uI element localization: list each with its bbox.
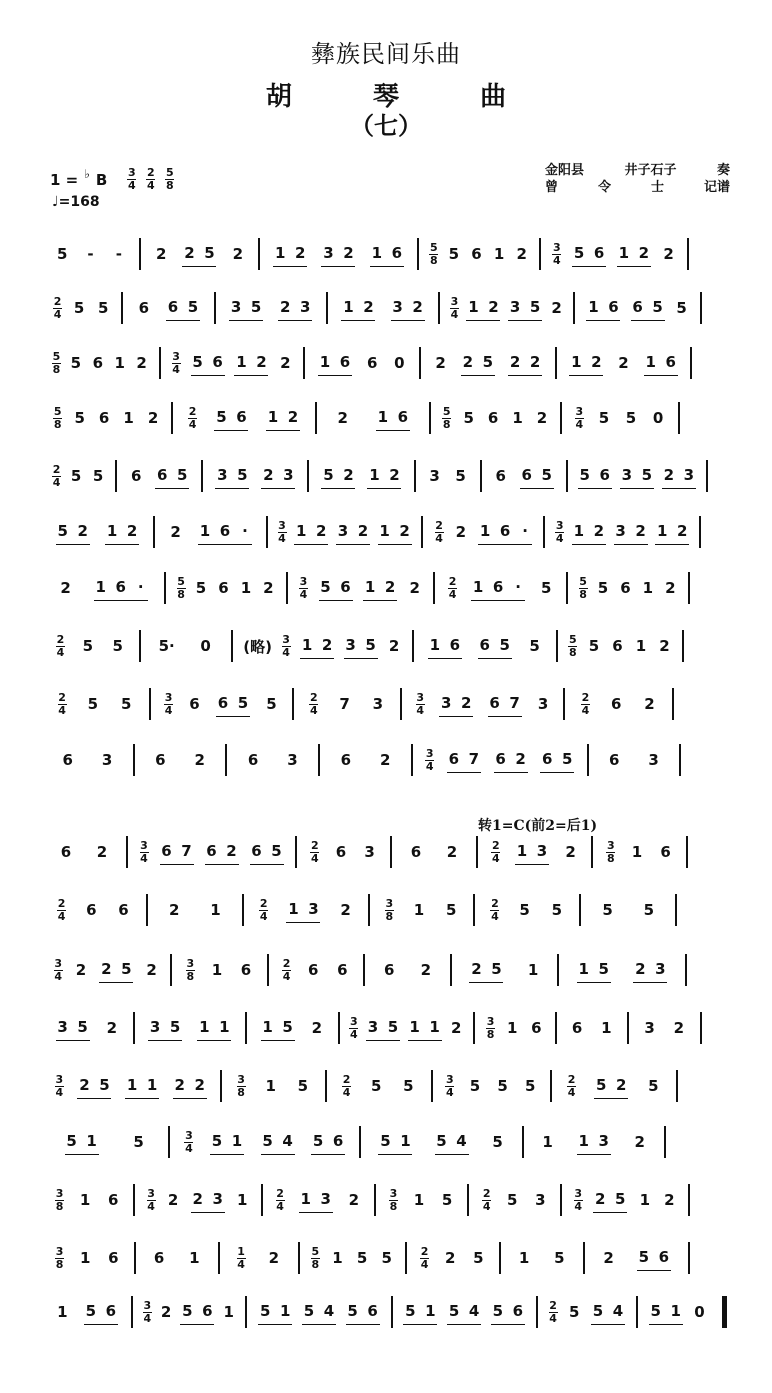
measure: 216· [48,572,158,605]
barline [133,1012,135,1044]
barline [556,630,558,662]
note: 2 [159,1297,173,1327]
measure: 3523 [222,292,320,325]
note: 5 [528,292,542,322]
measure: 61 [142,1243,213,1273]
note: 6 [607,745,621,775]
barline [583,1242,585,1274]
time-signature: 24 [146,168,155,191]
barline [566,460,568,492]
note: 2 [99,954,113,984]
note: 1 [408,1012,422,1042]
measure: 3412352 [446,292,567,325]
note: 3 [285,745,299,775]
eighth-note-group: 56 [191,347,225,380]
eighth-note-group: 62 [205,836,239,869]
note: 5· [159,631,175,661]
note: 5 [97,1070,111,1100]
note: 4 [322,1296,336,1326]
eighth-note-group: 65 [520,460,554,493]
note: 0 [199,631,213,661]
note: 6 [246,745,260,775]
measure: 3435112 [346,1012,468,1045]
eighth-note-group: 23 [278,292,312,325]
barline [218,1242,220,1274]
eighth-note-group: 56 [578,460,612,493]
barline [414,460,416,492]
measure: 2416·5 [441,572,560,605]
barline [159,347,161,379]
note: 5 [560,744,574,774]
barline [295,836,297,868]
note: 1 [330,1243,344,1273]
eighth-note-group: 25 [593,1184,627,1217]
note: 6 [166,292,180,322]
note: 5 [649,1296,663,1326]
measure: 585612 [48,403,165,433]
eighth-note-group: 13 [515,836,549,869]
time-signature: 58 [568,635,577,658]
note: 1 [669,1296,683,1326]
barline [563,688,565,720]
note: 3 [536,689,550,719]
measure: 152 [253,1012,332,1045]
note: 6 [188,689,202,719]
eighth-note-group: 16· [478,516,532,549]
score-line: 24555·0(略)341235216655585612 [48,626,738,666]
measure: 3432673 [408,688,557,721]
note: 2 [602,1243,616,1273]
note: 2 [105,1013,119,1043]
note: 5 [386,1012,400,1042]
note: 3 [148,1012,162,1042]
note: 2 [146,403,160,433]
note: 1 [577,954,591,984]
note: 2 [408,573,422,603]
note: 5 [591,1296,605,1326]
note: 1 [378,516,392,546]
barline [688,1242,690,1274]
note: 6 [396,402,410,432]
measure: 510 [644,1296,738,1329]
measure: (略)3412352 [239,630,406,663]
eighth-note-group: 25 [461,347,495,380]
barline [499,1242,501,1274]
eighth-note-group: 32 [336,516,370,549]
barline [214,292,216,324]
barline [699,516,701,548]
note: 6 [498,516,512,546]
note: 1 [264,1071,278,1101]
note: 5 [72,293,86,323]
time-signature: 24 [310,841,319,864]
note: 2 [341,460,355,490]
note: 5 [56,516,70,546]
note: 5 [84,1296,98,1326]
measure: 32 [635,1013,694,1043]
note: 5 [550,895,564,925]
barline [390,836,392,868]
eighth-note-group: 12 [572,516,606,549]
note: 2 [267,1243,281,1273]
note: 1 [398,1126,412,1156]
measure: 2473 [300,689,395,719]
note: 6 [339,745,353,775]
barline [220,1070,222,1102]
barline [134,1242,136,1274]
note: 5 [468,1071,482,1101]
note: 0 [692,1297,706,1327]
barline [338,1012,340,1044]
measure: 62 [48,837,120,867]
score-line: 3523511152343511238166132 [48,1008,738,1048]
score-line: 24556653523521235665563523 [48,456,738,496]
eighth-note-group: 54 [591,1296,625,1329]
note: 2 [166,1185,180,1215]
barline [706,460,708,492]
measure: 34123212 [274,516,416,549]
barline [480,460,482,492]
note: 6 [129,461,143,491]
note: 5 [403,1296,417,1326]
eighth-note-group: 16 [376,402,410,435]
note: 6 [116,895,130,925]
note: 2 [398,516,412,546]
note: 3 [56,1012,70,1042]
measure: 2453 [475,1185,554,1215]
time-signature: 38 [186,959,195,982]
note: 5 [539,573,553,603]
note: 5 [235,460,249,490]
measure: 5-- [48,239,133,269]
barline [685,954,687,986]
eighth-note-group: 67 [488,688,522,721]
barline [678,402,680,434]
barline [566,572,568,604]
note: 5 [202,238,216,268]
measure: 342512 [568,1184,681,1217]
eighth-note-group: 12 [300,630,334,663]
time-signature: 24 [482,1189,491,1212]
measure: 58155 [306,1243,400,1273]
note: 3 [211,1184,225,1214]
note: 1 [370,238,384,268]
time-signature: 24 [259,899,268,922]
note: 5 [86,689,100,719]
note: · [518,516,532,546]
eighth-note-group: 56 [346,1296,380,1329]
note: 1 [617,238,631,268]
note: 5 [319,572,333,602]
note: 2 [320,630,334,660]
eighth-note-group: 56 [214,402,248,435]
note: 1 [286,894,300,924]
note: 3 [306,894,320,924]
note: 1 [198,516,212,546]
measure: 63 [233,745,312,775]
note: 2 [383,572,397,602]
note: 3 [643,1013,657,1043]
score-line: 585612345612216602252212216 [48,343,738,383]
note: 1 [492,239,506,269]
note: 3 [336,516,350,546]
eighth-note-group: 56 [637,1242,671,1275]
note: 6 [592,238,606,268]
note: 5 [496,1071,510,1101]
eighth-note-group: 12 [105,516,139,549]
note: 5 [528,631,542,661]
score-line: 58561224561221658561234550 [48,398,738,438]
note: 3 [391,292,405,322]
eighth-note-group: 56 [319,572,353,605]
measure: 3456122 [167,347,298,380]
note: 2 [633,954,647,984]
barline [700,1012,702,1044]
note: 5 [567,1297,581,1327]
eighth-note-group: 13 [286,894,320,927]
time-signature: 34 [164,693,173,716]
note: 6 [59,837,73,867]
note: 5 [69,461,83,491]
note: 1 [278,1296,292,1326]
note: 1 [466,292,480,322]
eighth-note-group: 16 [318,347,352,380]
barline [303,347,305,379]
note: 1 [655,516,669,546]
barline [587,744,589,776]
note: 1 [266,402,280,432]
note: 6 [570,1013,584,1043]
piece-category-title: 彝族民间乐曲 [0,34,772,69]
eighth-note-group: 54 [302,1296,336,1329]
note: 5 [249,292,263,322]
eighth-note-group: 15 [577,954,611,987]
note: 1 [217,1012,231,1042]
note: 6 [152,1243,166,1273]
note: 2 [182,238,196,268]
note: 2 [193,745,207,775]
note: 6 [160,836,174,866]
note: 1 [113,348,127,378]
note: 6 [335,955,349,985]
time-signature: 24 [282,959,291,982]
eighth-note-group: 22 [173,1070,207,1103]
measure: 24132 [250,894,362,927]
note: 1 [363,572,377,602]
time-signature: 14 [237,1247,246,1270]
barline [368,894,370,926]
barline [149,688,151,720]
note: 2 [662,239,676,269]
note: 6 [610,631,624,661]
note: 6 [334,837,348,867]
eighth-note-group: 65 [631,292,665,325]
note: 6 [339,572,353,602]
note: 3 [366,1012,380,1042]
measure: 2463 [303,837,384,867]
measure: 123216 [266,238,411,271]
measure: 2252 [147,238,252,271]
note: · [134,572,148,602]
measure: 3815 [228,1071,320,1101]
note: 6 [365,348,379,378]
note: 1 [341,292,355,322]
eighth-note-group: 52 [321,460,355,493]
barline [315,402,317,434]
barline [245,1012,247,1044]
note: 3 [653,954,667,984]
note: 5 [454,461,468,491]
measure: 16655 [581,292,693,325]
note: 4 [455,1126,469,1156]
note: 2 [77,1070,91,1100]
measure: 34123212 [551,516,693,549]
note: 1 [638,1185,652,1215]
key-signature: 1 =♭B 34 24 58 [50,168,174,191]
barline [115,460,117,492]
note: 5 [601,895,615,925]
note: 2 [592,516,606,546]
time-signature: 34 [54,959,63,982]
note: 5 [447,1296,461,1326]
measure: 34676265 [134,836,289,869]
eighth-note-group: 12 [655,516,689,549]
time-signature: 38 [385,899,394,922]
note: 5 [646,1071,660,1101]
measure: 34251122 [48,1070,214,1103]
eighth-note-group: 51 [258,1296,292,1329]
note: 6 [211,347,225,377]
measure: 62 [326,745,405,775]
time-signature: 34 [147,1189,156,1212]
note: 1 [85,1126,99,1156]
barline [131,1296,133,1328]
time-signature: 38 [55,1189,64,1212]
time-signature: 24 [549,1301,558,1324]
note: 1 [125,1070,139,1100]
note: 5 [264,689,278,719]
measure: 5·0 [147,631,225,661]
barline [242,894,244,926]
time-signature: 34 [425,749,434,772]
measure: 585612 [437,403,554,433]
measure: 24132 [269,1184,368,1217]
measure: 15 [507,1243,578,1273]
barline [266,516,268,548]
note: 6 [239,955,253,985]
eighth-note-group: 51 [65,1126,99,1159]
note: 5 [462,403,476,433]
note: 4 [467,1296,481,1326]
time-signature: 38 [606,841,615,864]
note: 5 [76,1012,90,1042]
note: 2 [486,292,500,322]
note: 5 [624,403,638,433]
barline [231,630,233,662]
note: 1 [599,1013,613,1043]
eighth-note-group: 11 [408,1012,442,1045]
note: 2 [633,1127,647,1157]
barline [417,238,419,270]
barline [438,292,440,324]
eighth-note-group: 12 [273,238,307,271]
barline [419,347,421,379]
note: 5 [168,1012,182,1042]
eighth-note-group: 51 [210,1126,244,1159]
time-signature: 58 [311,1247,320,1270]
note: 5 [489,954,503,984]
note: 5 [346,1296,360,1326]
barline [431,1070,433,1102]
time-signature: 24 [188,407,197,430]
eighth-note-group: 35 [215,460,249,493]
note: 5 [498,630,512,660]
barline [473,894,475,926]
note: 7 [508,688,522,718]
measure: 24525 [558,1070,670,1103]
measure: 346655 [157,688,286,721]
score-line: 245566535231232341235216655 [48,288,738,328]
time-signature: 24 [276,1189,285,1212]
eighth-note-group: 12 [569,347,603,380]
eighth-note-group: 16 [428,630,462,663]
time-signature: 58 [53,407,62,430]
barline [292,688,294,720]
score-line: 34225238162466622511523 [48,950,738,990]
note: 2 [672,1013,686,1043]
note: 2 [125,516,139,546]
time-signature: 34 [143,1301,152,1324]
measure: 34555 [439,1071,545,1101]
note: 6 [200,1296,214,1326]
measure: 3816 [481,1013,549,1043]
note: 1 [197,1012,211,1042]
note: 1 [230,1126,244,1156]
note: 5 [597,954,611,984]
note: 6 [218,516,232,546]
barline [133,1184,135,1216]
note: 5 [236,688,250,718]
measure: 2455 [333,1071,425,1101]
barline [363,954,365,986]
note: 6 [529,1013,543,1043]
note: 4 [611,1296,625,1326]
note: 5 [587,631,601,661]
note: 5 [380,1243,394,1273]
note: 2 [445,837,459,867]
note: 6 [155,460,169,490]
eighth-note-group: 56 [311,1126,345,1159]
note: 3 [428,461,442,491]
note: 1 [318,347,332,377]
note: · [511,572,525,602]
note: 5 [65,1126,79,1156]
barline [139,238,141,270]
note: 1 [78,1185,92,1215]
note: 5 [132,1127,146,1157]
time-signature: 34 [299,577,308,600]
note: 6 [618,573,632,603]
eighth-note-group: 25 [182,238,216,271]
measure: 34550 [568,403,671,433]
note: 1 [641,573,655,603]
eighth-note-group: 25 [469,954,503,987]
measure: 665 [129,292,207,325]
note: 7 [467,744,481,774]
note: 1 [299,1184,313,1214]
eighth-note-group: 11 [197,1012,231,1045]
measure: 563523 [574,460,700,493]
